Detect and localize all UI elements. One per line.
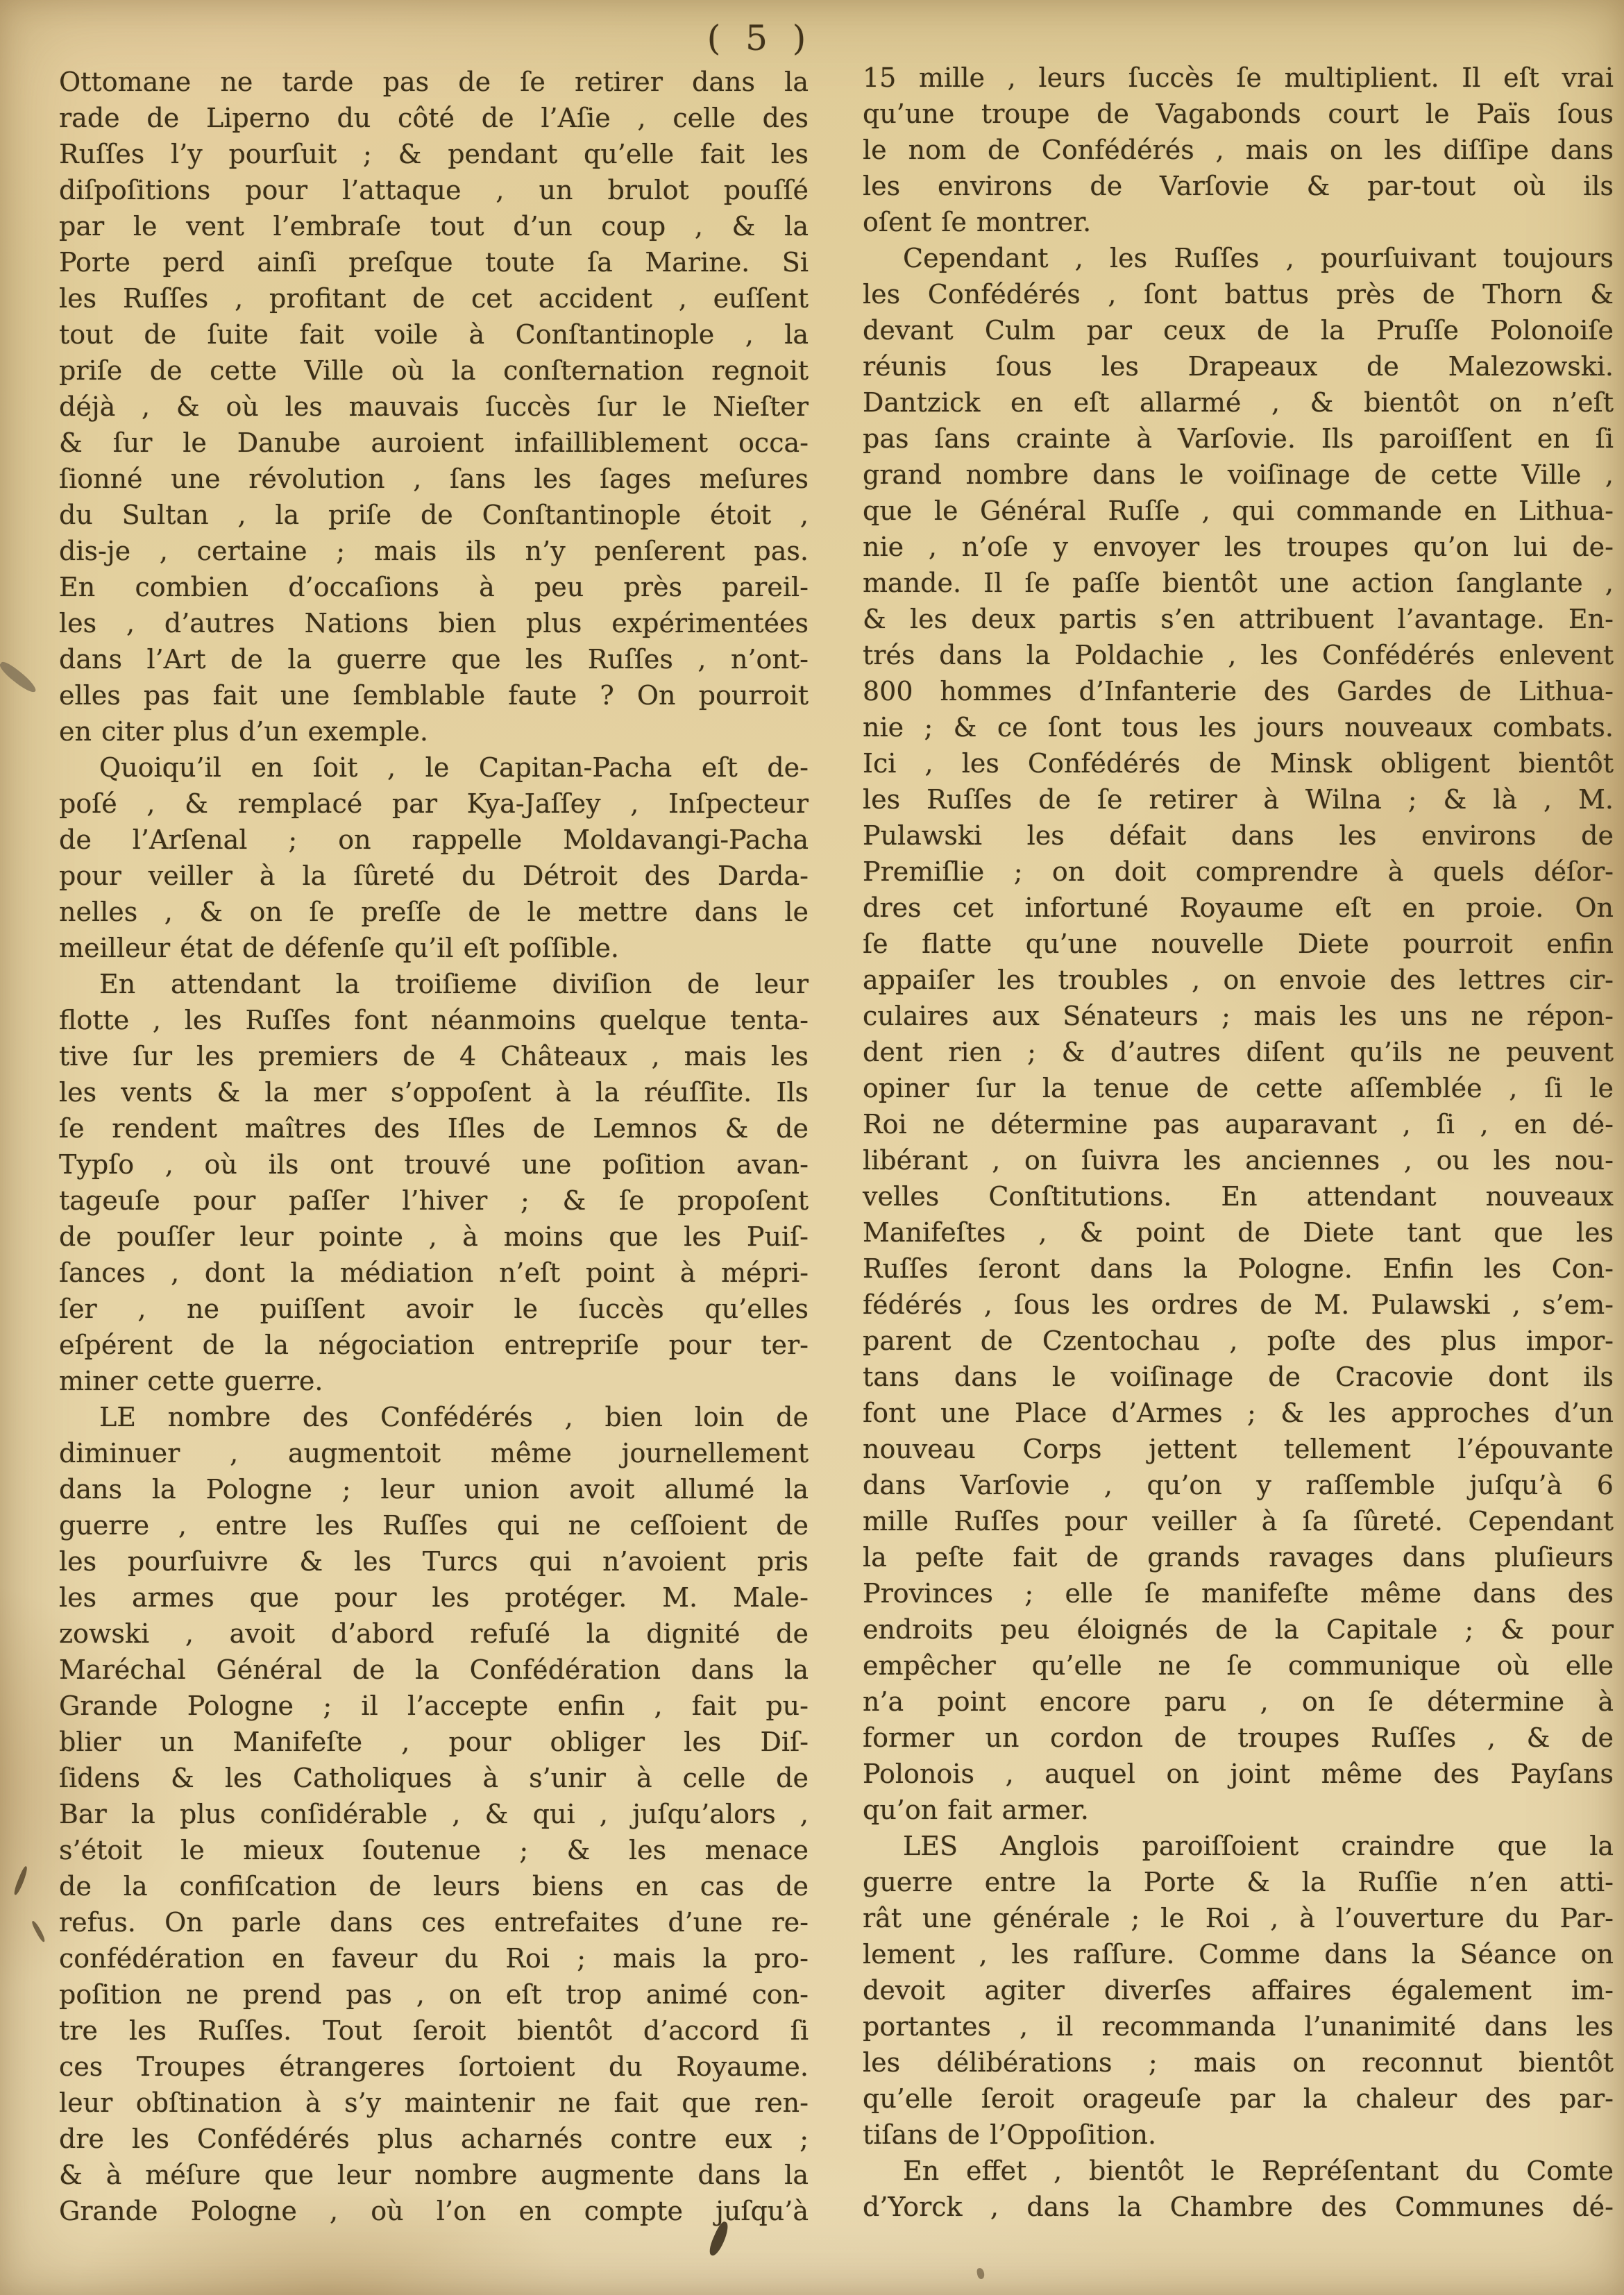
- text-line: mille Ruſſes pour veiller à ſa ſûreté. C…: [863, 1503, 1614, 1539]
- text-line: mande. Il ſe paſſe bientôt une action ſa…: [863, 565, 1614, 601]
- text-line: diminuer , augmentoit même journellement: [59, 1435, 809, 1471]
- text-line: flotte , les Ruſſes font néanmoins quelq…: [59, 1002, 809, 1038]
- text-line: refus. On parle dans ces entrefaites d’u…: [59, 1904, 809, 1940]
- text-line: Grande Pologne , où l’on en compte juſqu…: [59, 2193, 809, 2229]
- text-line: culaires aux Sénateurs ; mais les uns ne…: [863, 998, 1614, 1034]
- text-line: elles pas fait une ſemblable faute ? On …: [59, 677, 809, 713]
- ink-slash-mark: [12, 1865, 29, 1896]
- text-line: les environs de Varſovie & par-tout où i…: [863, 168, 1614, 204]
- text-line: pas ſans crainte à Varſovie. Ils paroiſſ…: [863, 421, 1614, 457]
- text-line: d’Yorck , dans la Chambre des Communes d…: [863, 2189, 1614, 2225]
- text-line: dres cet infortuné Royaume eſt en proie.…: [863, 890, 1614, 926]
- text-line: la peſte fait de grands ravages dans plu…: [863, 1539, 1614, 1575]
- text-line: Quoiqu’il en ſoit , le Capitan-Pacha eſt…: [59, 750, 809, 786]
- text-line: Pulawski les défait dans les environs de: [863, 818, 1614, 854]
- text-line: par le vent l’embraſe tout d’un coup , &…: [59, 208, 809, 244]
- text-line: Ruſſes ſeront dans la Pologne. Enfin les…: [863, 1251, 1614, 1287]
- text-line: 800 hommes d’Infanterie des Gardes de Li…: [863, 673, 1614, 709]
- text-line: tout de ſuite fait voile à Conſtantinopl…: [59, 316, 809, 353]
- text-line: qu’une troupe de Vagabonds court le Païs…: [863, 96, 1614, 132]
- text-line: les pourſuivre & les Turcs qui n’avoient…: [59, 1543, 809, 1580]
- text-line: devoit agiter diverſes affaires égalemen…: [863, 1972, 1614, 2008]
- scanned-document-page: ( 5 ) Ottomane ne tarde pas de ſe retire…: [0, 0, 1624, 2295]
- text-line: dent rien ; & d’autres diſent qu’ils ne …: [863, 1034, 1614, 1070]
- text-line: parent de Czentochau , poſte des plus im…: [863, 1323, 1614, 1359]
- text-line: zowski , avoit d’abord refuſé la dignité…: [59, 1616, 809, 1652]
- text-line: Roi ne détermine pas auparavant , ſi , e…: [863, 1106, 1614, 1142]
- text-line: ſe flatte qu’une nouvelle Diete pourroit…: [863, 926, 1614, 962]
- text-line: déjà , & où les mauvais ſuccès ſur le Ni…: [59, 389, 809, 425]
- text-line: ſances , dont la médiation n’eſt point à…: [59, 1255, 809, 1291]
- text-line: poſé , & remplacé par Kya-Jaſſey , Inſpe…: [59, 786, 809, 822]
- text-line: En combien d’occaſions à peu près pareil…: [59, 569, 809, 605]
- text-line: Ici , les Confédérés de Minsk obligent b…: [863, 745, 1614, 781]
- text-line: oſent ſe montrer.: [863, 204, 1614, 240]
- text-line: qu’elle ſeroit orageuſe par la chaleur d…: [863, 2081, 1614, 2117]
- text-line: ſidens & les Catholiques à s’unir à cell…: [59, 1760, 809, 1796]
- text-line: font une Place d’Armes ; & les approches…: [863, 1395, 1614, 1431]
- text-line: appaiſer les troubles , on envoie des le…: [863, 962, 1614, 998]
- text-line: blier un Manifeſte , pour obliger les Di…: [59, 1724, 809, 1760]
- text-line: Maréchal Général de la Confédération dan…: [59, 1652, 809, 1688]
- text-line: qu’on fait armer.: [863, 1792, 1614, 1828]
- text-line: n’a point encore paru , on ſe détermine …: [863, 1684, 1614, 1720]
- text-line: ſer , ne puiſſent avoir le ſuccès qu’ell…: [59, 1291, 809, 1327]
- text-line: eſpérent de la négociation entrepriſe po…: [59, 1327, 809, 1363]
- text-line: le nom de Confédérés , mais on les diſſi…: [863, 132, 1614, 168]
- text-line: ſionné une révolution , ſans les ſages m…: [59, 461, 809, 497]
- text-line: Ottomane ne tarde pas de ſe retirer dans…: [59, 64, 809, 100]
- text-line: réunis ſous les Drapeaux de Malezowski.: [863, 348, 1614, 384]
- text-line: les , d’autres Nations bien plus expérim…: [59, 605, 809, 641]
- text-line: les armes que pour les protéger. M. Male…: [59, 1580, 809, 1616]
- text-line: guerre entre la Porte & la Ruſſie n’en a…: [863, 1864, 1614, 1900]
- text-line: de la confiſcation de leurs biens en cas…: [59, 1868, 809, 1904]
- pencil-mark: [0, 659, 39, 695]
- text-line: LE nombre des Confédérés , bien loin de: [59, 1399, 809, 1435]
- text-line: trés dans la Poldachie , les Confédérés …: [863, 637, 1614, 673]
- text-line: dans Varſovie , qu’on y raſſemble juſqu’…: [863, 1467, 1614, 1503]
- text-line: Ruſſes l’y pourſuit ; & pendant qu’elle …: [59, 136, 809, 172]
- text-line: opiner ſur la tenue de cette aſſemblée ,…: [863, 1070, 1614, 1106]
- text-line: nelles , & on ſe preſſe de le mettre dan…: [59, 894, 809, 930]
- text-line: les Ruſſes de ſe retirer à Wilna ; & là …: [863, 781, 1614, 818]
- text-line: en citer plus d’un exemple.: [59, 713, 809, 750]
- text-line: former un cordon de troupes Ruſſes , & d…: [863, 1720, 1614, 1756]
- text-line: Cependant , les Ruſſes , pourſuivant tou…: [863, 240, 1614, 276]
- text-line: 15 mille , leurs ſuccès ſe multiplient. …: [863, 60, 1614, 96]
- text-line: Dantzick en eſt allarmé , & bientôt on n…: [863, 384, 1614, 421]
- left-text-column: Ottomane ne tarde pas de ſe retirer dans…: [59, 64, 809, 2229]
- text-line: tre les Ruſſes. Tout ſeroit bientôt d’ac…: [59, 2013, 809, 2049]
- text-line: Polonois , auquel on joint même des Payſ…: [863, 1756, 1614, 1792]
- text-line: confédération en faveur du Roi ; mais la…: [59, 1940, 809, 1976]
- text-line: empêcher qu’elle ne ſe communique où ell…: [863, 1648, 1614, 1684]
- text-line: ces Troupes étrangeres ſortoient du Roya…: [59, 2049, 809, 2085]
- page-number: ( 5 ): [666, 18, 854, 58]
- text-line: du Sultan , la priſe de Conſtantinople é…: [59, 497, 809, 533]
- text-line: & les deux partis s’en attribuent l’avan…: [863, 601, 1614, 637]
- text-line: Grande Pologne ; il l’accepte enfin , fa…: [59, 1688, 809, 1724]
- text-line: Manifeſtes , & point de Diete tant que l…: [863, 1214, 1614, 1251]
- text-line: nie , n’oſe y envoyer les troupes qu’on …: [863, 529, 1614, 565]
- text-line: tive ſur les premiers de 4 Châteaux , ma…: [59, 1038, 809, 1074]
- text-line: libérant , on ſuivra les anciennes , ou …: [863, 1142, 1614, 1178]
- text-line: diſpoſitions pour l’attaque , un brulot …: [59, 172, 809, 208]
- text-line: portantes , il recommanda l’unanimité da…: [863, 2008, 1614, 2044]
- text-line: les vents & la mer s’oppoſent à la réuſſ…: [59, 1074, 809, 1110]
- text-line: fédérés , ſous les ordres de M. Pulawski…: [863, 1287, 1614, 1323]
- text-line: les Confédérés , ſont battus près de Tho…: [863, 276, 1614, 312]
- text-line: nouveau Corps jettent tellement l’épouva…: [863, 1431, 1614, 1467]
- text-line: que le Général Ruſſe , qui commande en L…: [863, 493, 1614, 529]
- text-line: dis-je , certaine ; mais ils n’y penſere…: [59, 533, 809, 569]
- text-line: LES Anglois paroiſſoient craindre que la: [863, 1828, 1614, 1864]
- text-line: & à méſure que leur nombre augmente dans…: [59, 2157, 809, 2193]
- text-line: En attendant la troiſieme diviſion de le…: [59, 966, 809, 1002]
- text-line: rât une générale ; le Roi , à l’ouvertur…: [863, 1900, 1614, 1936]
- text-line: nie ; & ce ſont tous les jours nouveaux …: [863, 709, 1614, 745]
- text-line: priſe de cette Ville où la conſternation…: [59, 353, 809, 389]
- text-line: miner cette guerre.: [59, 1363, 809, 1399]
- text-line: Bar la plus conſidérable , & qui , juſqu…: [59, 1796, 809, 1832]
- text-line: endroits peu éloignés de la Capitale ; &…: [863, 1611, 1614, 1648]
- text-line: Provinces ; elle ſe manifeſte même dans …: [863, 1575, 1614, 1611]
- text-line: Typſo , où ils ont trouvé une poſition a…: [59, 1146, 809, 1183]
- text-line: grand nombre dans le voiſinage de cette …: [863, 457, 1614, 493]
- text-line: tans dans le voiſinage de Cracovie dont …: [863, 1359, 1614, 1395]
- ink-speck-mark: [976, 2267, 986, 2279]
- text-line: tiſans de l’Oppoſition.: [863, 2117, 1614, 2153]
- text-line: velles Conſtitutions. En attendant nouve…: [863, 1178, 1614, 1214]
- text-line: guerre , entre les Ruſſes qui ne ceſſoie…: [59, 1507, 809, 1543]
- ink-slash-mark: [31, 1920, 46, 1942]
- text-line: En effet , bientôt le Repréſentant du Co…: [863, 2153, 1614, 2189]
- text-line: de pouſſer leur pointe , à moins que les…: [59, 1219, 809, 1255]
- text-line: leur obſtination à s’y maintenir ne fait…: [59, 2085, 809, 2121]
- text-line: de l’Arſenal ; on rappelle Moldavangi-Pa…: [59, 822, 809, 858]
- text-line: & ſur le Danube auroient infailliblement…: [59, 425, 809, 461]
- text-line: les délibérations ; mais on reconnut bie…: [863, 2044, 1614, 2081]
- text-line: devant Culm par ceux de la Pruſſe Polono…: [863, 312, 1614, 348]
- text-line: dre les Confédérés plus acharnés contre …: [59, 2121, 809, 2157]
- text-line: tageuſe pour paſſer l’hiver ; & ſe propo…: [59, 1183, 809, 1219]
- text-line: rade de Liperno du côté de l’Aſie , cell…: [59, 100, 809, 136]
- right-text-column: 15 mille , leurs ſuccès ſe multiplient. …: [863, 60, 1614, 2225]
- text-line: ſe rendent maîtres des Iſles de Lemnos &…: [59, 1110, 809, 1146]
- text-line: Premiſlie ; on doit comprendre à quels d…: [863, 854, 1614, 890]
- text-line: poſition ne prend pas , on eſt trop anim…: [59, 1976, 809, 2013]
- text-line: les Ruſſes , profitant de cet accident ,…: [59, 280, 809, 316]
- text-line: dans l’Art de la guerre que les Ruſſes ,…: [59, 641, 809, 677]
- text-line: pour veiller à la ſûreté du Détroit des …: [59, 858, 809, 894]
- text-line: Porte perd ainſi preſque toute ſa Marine…: [59, 244, 809, 280]
- text-line: lement , les raſſure. Comme dans la Séan…: [863, 1936, 1614, 1972]
- text-line: dans la Pologne ; leur union avoit allum…: [59, 1471, 809, 1507]
- text-line: meilleur état de défenſe qu’il eſt poſſi…: [59, 930, 809, 966]
- text-line: s’étoit le mieux ſoutenue ; & les menace: [59, 1832, 809, 1868]
